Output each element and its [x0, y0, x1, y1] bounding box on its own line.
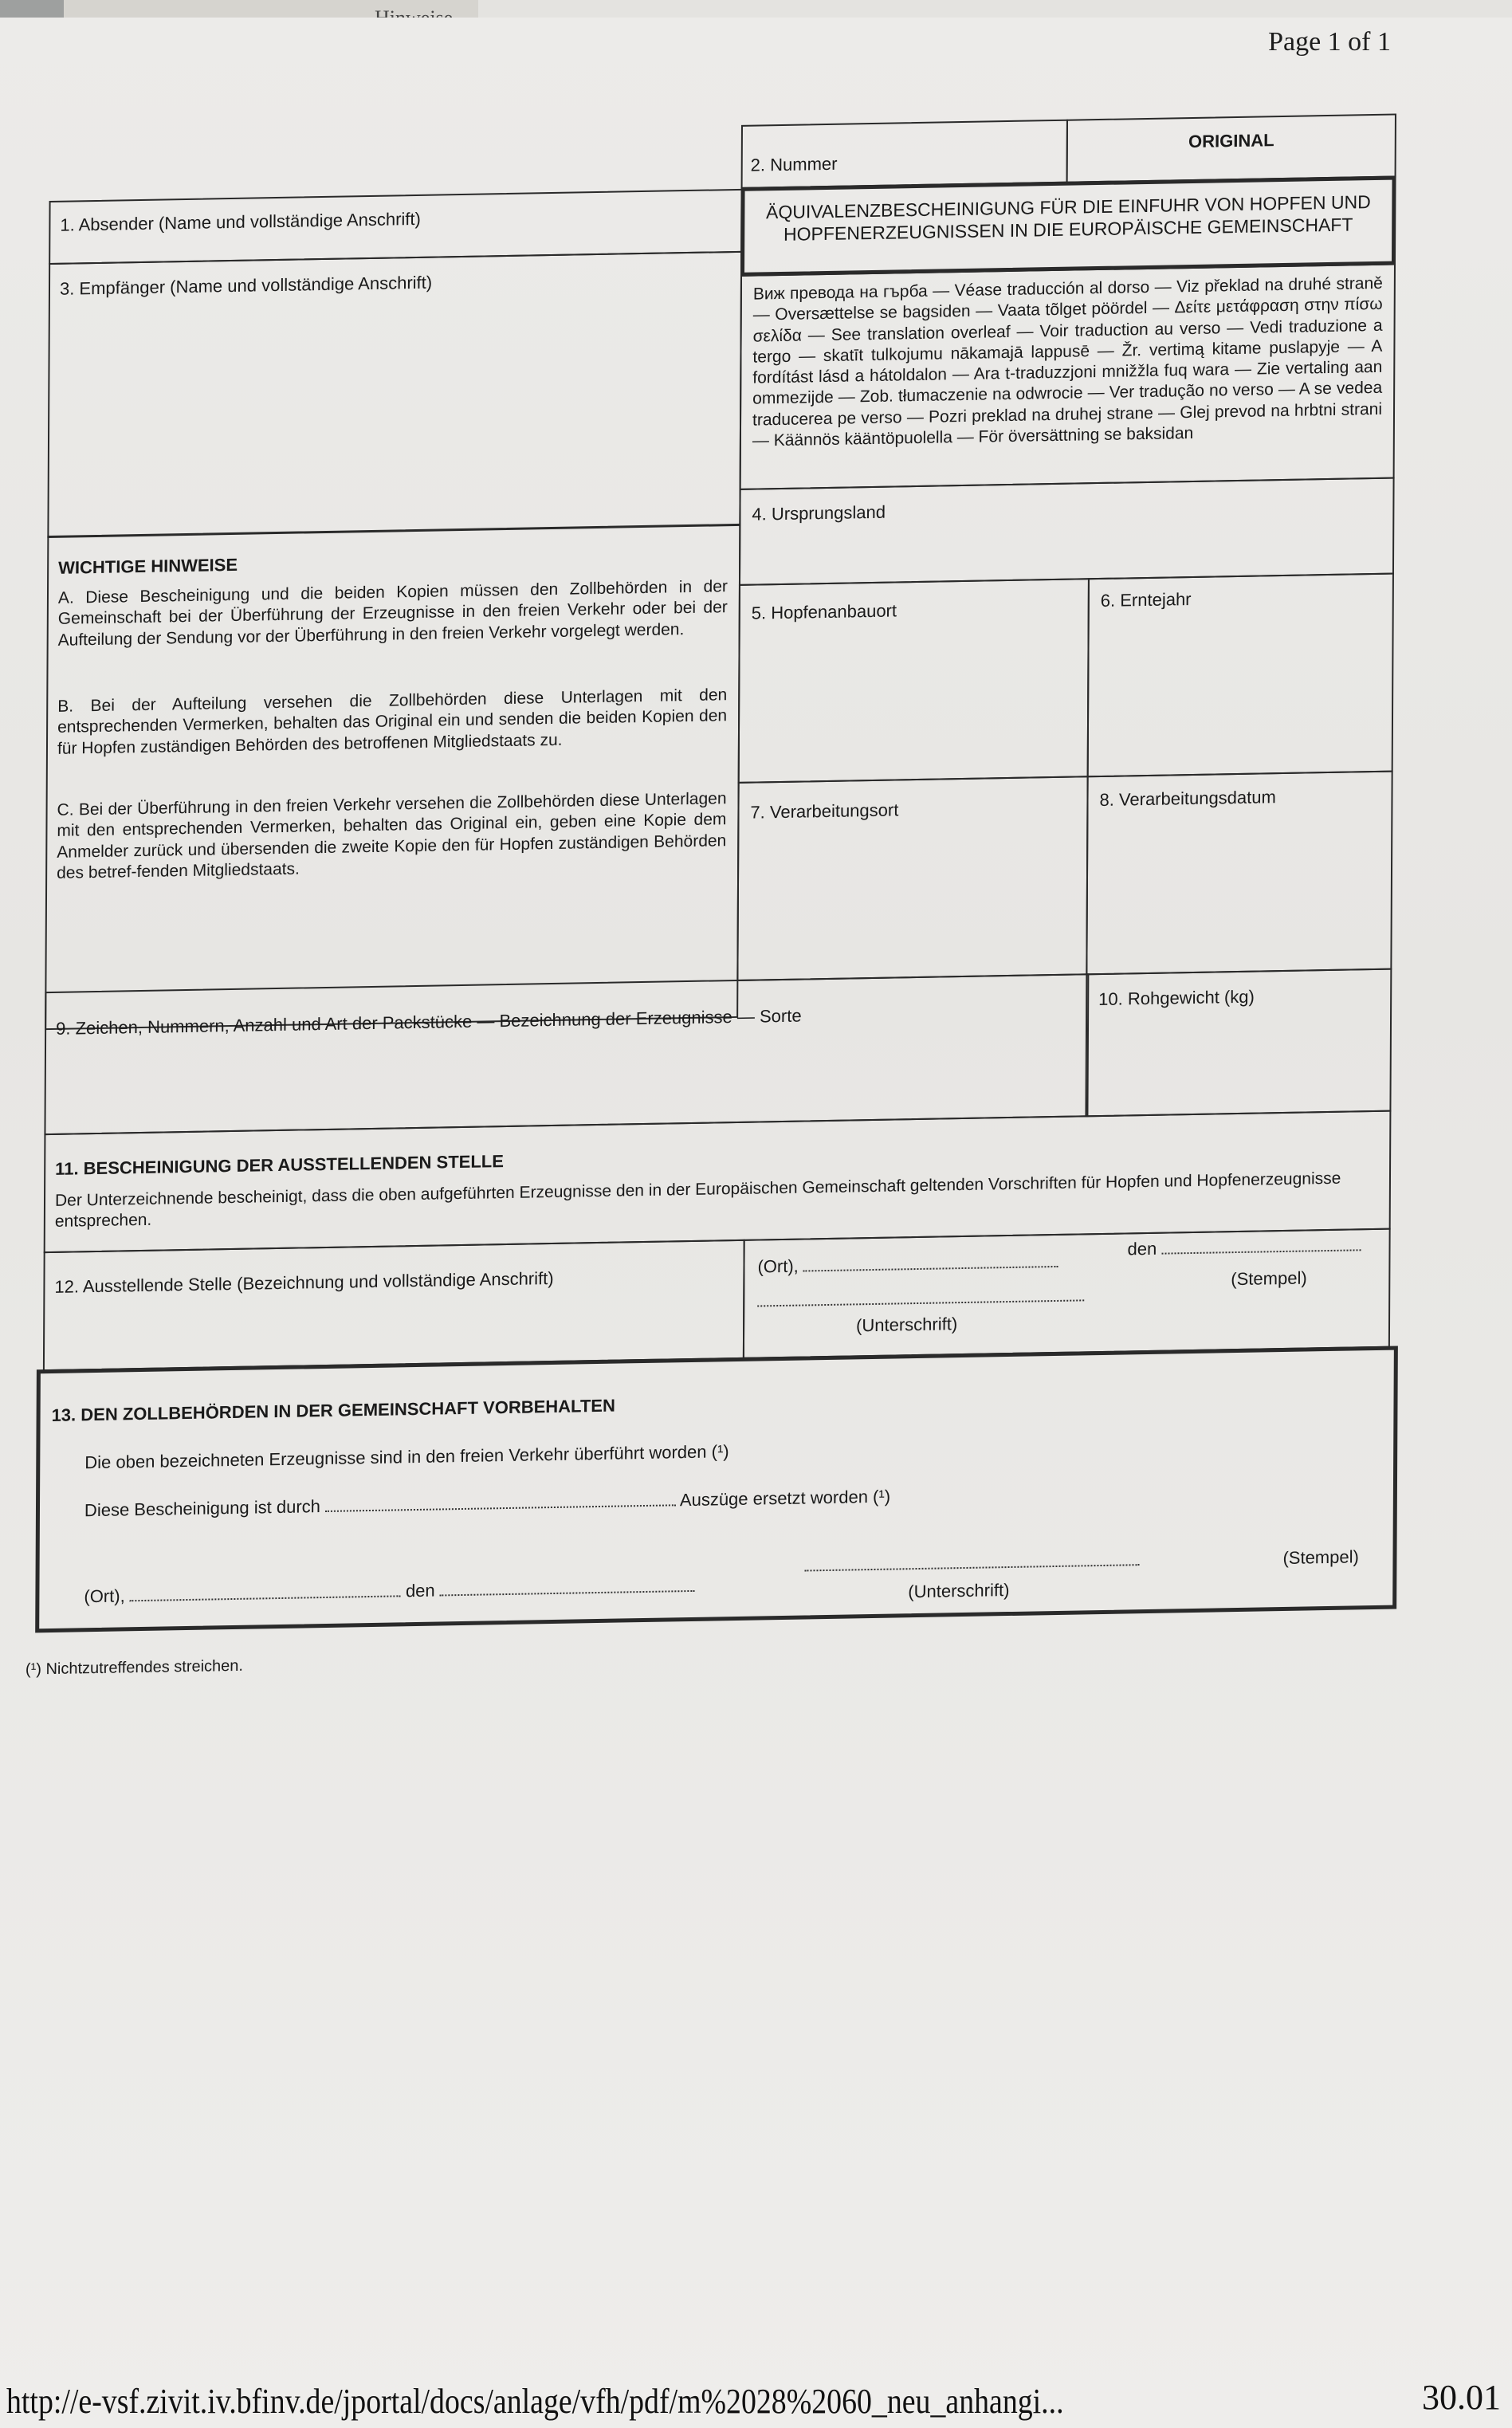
original-box: ORIGINAL	[1066, 113, 1396, 183]
note-b: B. Bei der Aufteilung versehen die Zollb…	[57, 685, 727, 759]
field-2-number[interactable]: 2. Nummer	[741, 120, 1068, 189]
field-10-label: 10. Rohgewicht (kg)	[1098, 987, 1255, 1011]
section-12-signature-line[interactable]	[757, 1298, 1084, 1306]
section-13-line1: Die oben bezeichneten Erzeugnisse sind i…	[84, 1441, 729, 1474]
footnote: (¹) Nichtzutreffendes streichen.	[26, 1656, 243, 1680]
section-12-issuing-authority[interactable]: 12. Ausstellende Stelle (Bezeichnung und…	[43, 1240, 745, 1371]
translations-text: Виж превода на гърба — Véase traducción …	[752, 273, 1383, 452]
footer-url: http://e-vsf.zivit.iv.bfinv.de/jportal/d…	[6, 2381, 1064, 2422]
original-label: ORIGINAL	[1068, 128, 1395, 155]
section-13-signature-label: (Unterschrift)	[908, 1580, 1009, 1603]
section-13-signature-line[interactable]	[804, 1563, 1139, 1571]
important-notes-box: WICHTIGE HINWEISE A. Diese Bescheinigung…	[45, 524, 740, 1030]
section-12-date: den	[1127, 1235, 1361, 1260]
document-page: Page 1 of 1 1. Absender (Name und vollst…	[0, 18, 1512, 2428]
field-3-recipient[interactable]: 3. Empfänger (Name und vollständige Ansc…	[47, 251, 742, 538]
certificate-form: 1. Absender (Name und vollständige Ansch…	[41, 112, 1476, 1636]
field-6-label: 6. Erntejahr	[1101, 589, 1192, 611]
section-12-den-label: den	[1127, 1239, 1157, 1259]
section-13-place: (Ort), den	[84, 1576, 695, 1608]
section-12-signature-label: (Unterschrift)	[856, 1314, 957, 1337]
section-13-line2: Diese Bescheinigung ist durch Auszüge er…	[84, 1487, 890, 1522]
field-3-label: 3. Empfänger (Name und vollständige Ansc…	[60, 273, 432, 301]
field-2-label: 2. Nummer	[751, 154, 838, 176]
section-12-label: 12. Ausstellende Stelle (Bezeichnung und…	[54, 1268, 553, 1298]
field-6-harvest-year[interactable]: 6. Erntejahr	[1087, 573, 1394, 778]
note-a-text: Diese Bescheinigung und die beiden Kopie…	[58, 577, 728, 649]
field-5-hop-growing-area[interactable]: 5. Hopfenanbauort	[738, 578, 1090, 784]
note-c-letter: C.	[57, 800, 74, 819]
note-b-letter: B.	[57, 697, 73, 715]
field-7-label: 7. Verarbeitungsort	[750, 800, 898, 823]
footer-date: 30.01	[1422, 2377, 1501, 2418]
section-12-signature-area: (Ort), den (Stempel) (Unterschrift)	[743, 1228, 1391, 1359]
note-a-letter: A.	[58, 588, 74, 607]
note-c-text: Bei der Überführung in den freien Verkeh…	[57, 789, 727, 882]
certificate-title: ÄQUIVALENZBESCHEINIGUNG FÜR DIE EINFUHR …	[760, 191, 1376, 246]
certificate-title-box: ÄQUIVALENZBESCHEINIGUNG FÜR DIE EINFUHR …	[740, 176, 1396, 277]
section-13-stamp-label: (Stempel)	[1282, 1546, 1358, 1569]
note-c: C. Bei der Überführung in den freien Ver…	[57, 788, 727, 884]
section-12-date-line[interactable]	[1161, 1248, 1361, 1254]
section-11-text: Der Unterzeichnende bescheinigt, dass di…	[55, 1168, 1380, 1233]
section-13-customs-reserved: 13. DEN ZOLLBEHÖRDEN IN DER GEMEINSCHAFT…	[35, 1346, 1398, 1632]
section-13-heading: 13. DEN ZOLLBEHÖRDEN IN DER GEMEINSCHAFT…	[52, 1396, 615, 1427]
section-11-heading: 11. BESCHEINIGUNG DER AUSSTELLENDEN STEL…	[55, 1151, 504, 1180]
notes-heading: WICHTIGE HINWEISE	[58, 555, 238, 579]
field-10-gross-weight[interactable]: 10. Rohgewicht (kg)	[1085, 968, 1392, 1118]
page-number-label: Page 1 of 1	[1268, 27, 1391, 57]
field-1-label: 1. Absender (Name und vollständige Ansch…	[60, 209, 421, 236]
section-13-den-label: den	[406, 1581, 435, 1601]
field-4-label: 4. Ursprungsland	[752, 502, 886, 525]
section-12-ort-label: (Ort),	[757, 1256, 798, 1277]
section-12-place-line[interactable]	[803, 1265, 1058, 1272]
note-b-text: Bei der Aufteilung versehen die Zollbehö…	[57, 686, 727, 757]
field-9-packages-description[interactable]: 9. Zeichen, Nummern, Anzahl und Art der …	[44, 973, 1089, 1135]
field-9-label: 9. Zeichen, Nummern, Anzahl und Art der …	[56, 1006, 802, 1040]
section-13-line2-start: Diese Bescheinigung ist durch	[84, 1496, 320, 1520]
section-13-place-line[interactable]	[130, 1594, 401, 1601]
note-a: A. Diese Bescheinigung und die beiden Ko…	[58, 576, 728, 650]
section-12-stamp-label: (Stempel)	[1231, 1267, 1306, 1290]
section-13-date-line[interactable]	[440, 1589, 695, 1597]
field-4-origin-country[interactable]: 4. Ursprungsland	[739, 477, 1395, 586]
field-8-label: 8. Verarbeitungsdatum	[1099, 787, 1276, 811]
section-13-line2-end: Auszüge ersetzt worden (¹)	[680, 1487, 890, 1511]
section-12-place: (Ort),	[757, 1251, 1058, 1278]
section-13-excerpts-line[interactable]	[325, 1503, 676, 1512]
section-13-ort-label: (Ort),	[84, 1585, 124, 1606]
field-8-processing-date[interactable]: 8. Verarbeitungsdatum	[1086, 771, 1392, 976]
field-7-processing-place[interactable]: 7. Verarbeitungsort	[736, 776, 1088, 981]
field-5-label: 5. Hopfenanbauort	[752, 600, 897, 624]
translations-box: Виж превода на гърба — Véase traducción …	[740, 264, 1396, 490]
